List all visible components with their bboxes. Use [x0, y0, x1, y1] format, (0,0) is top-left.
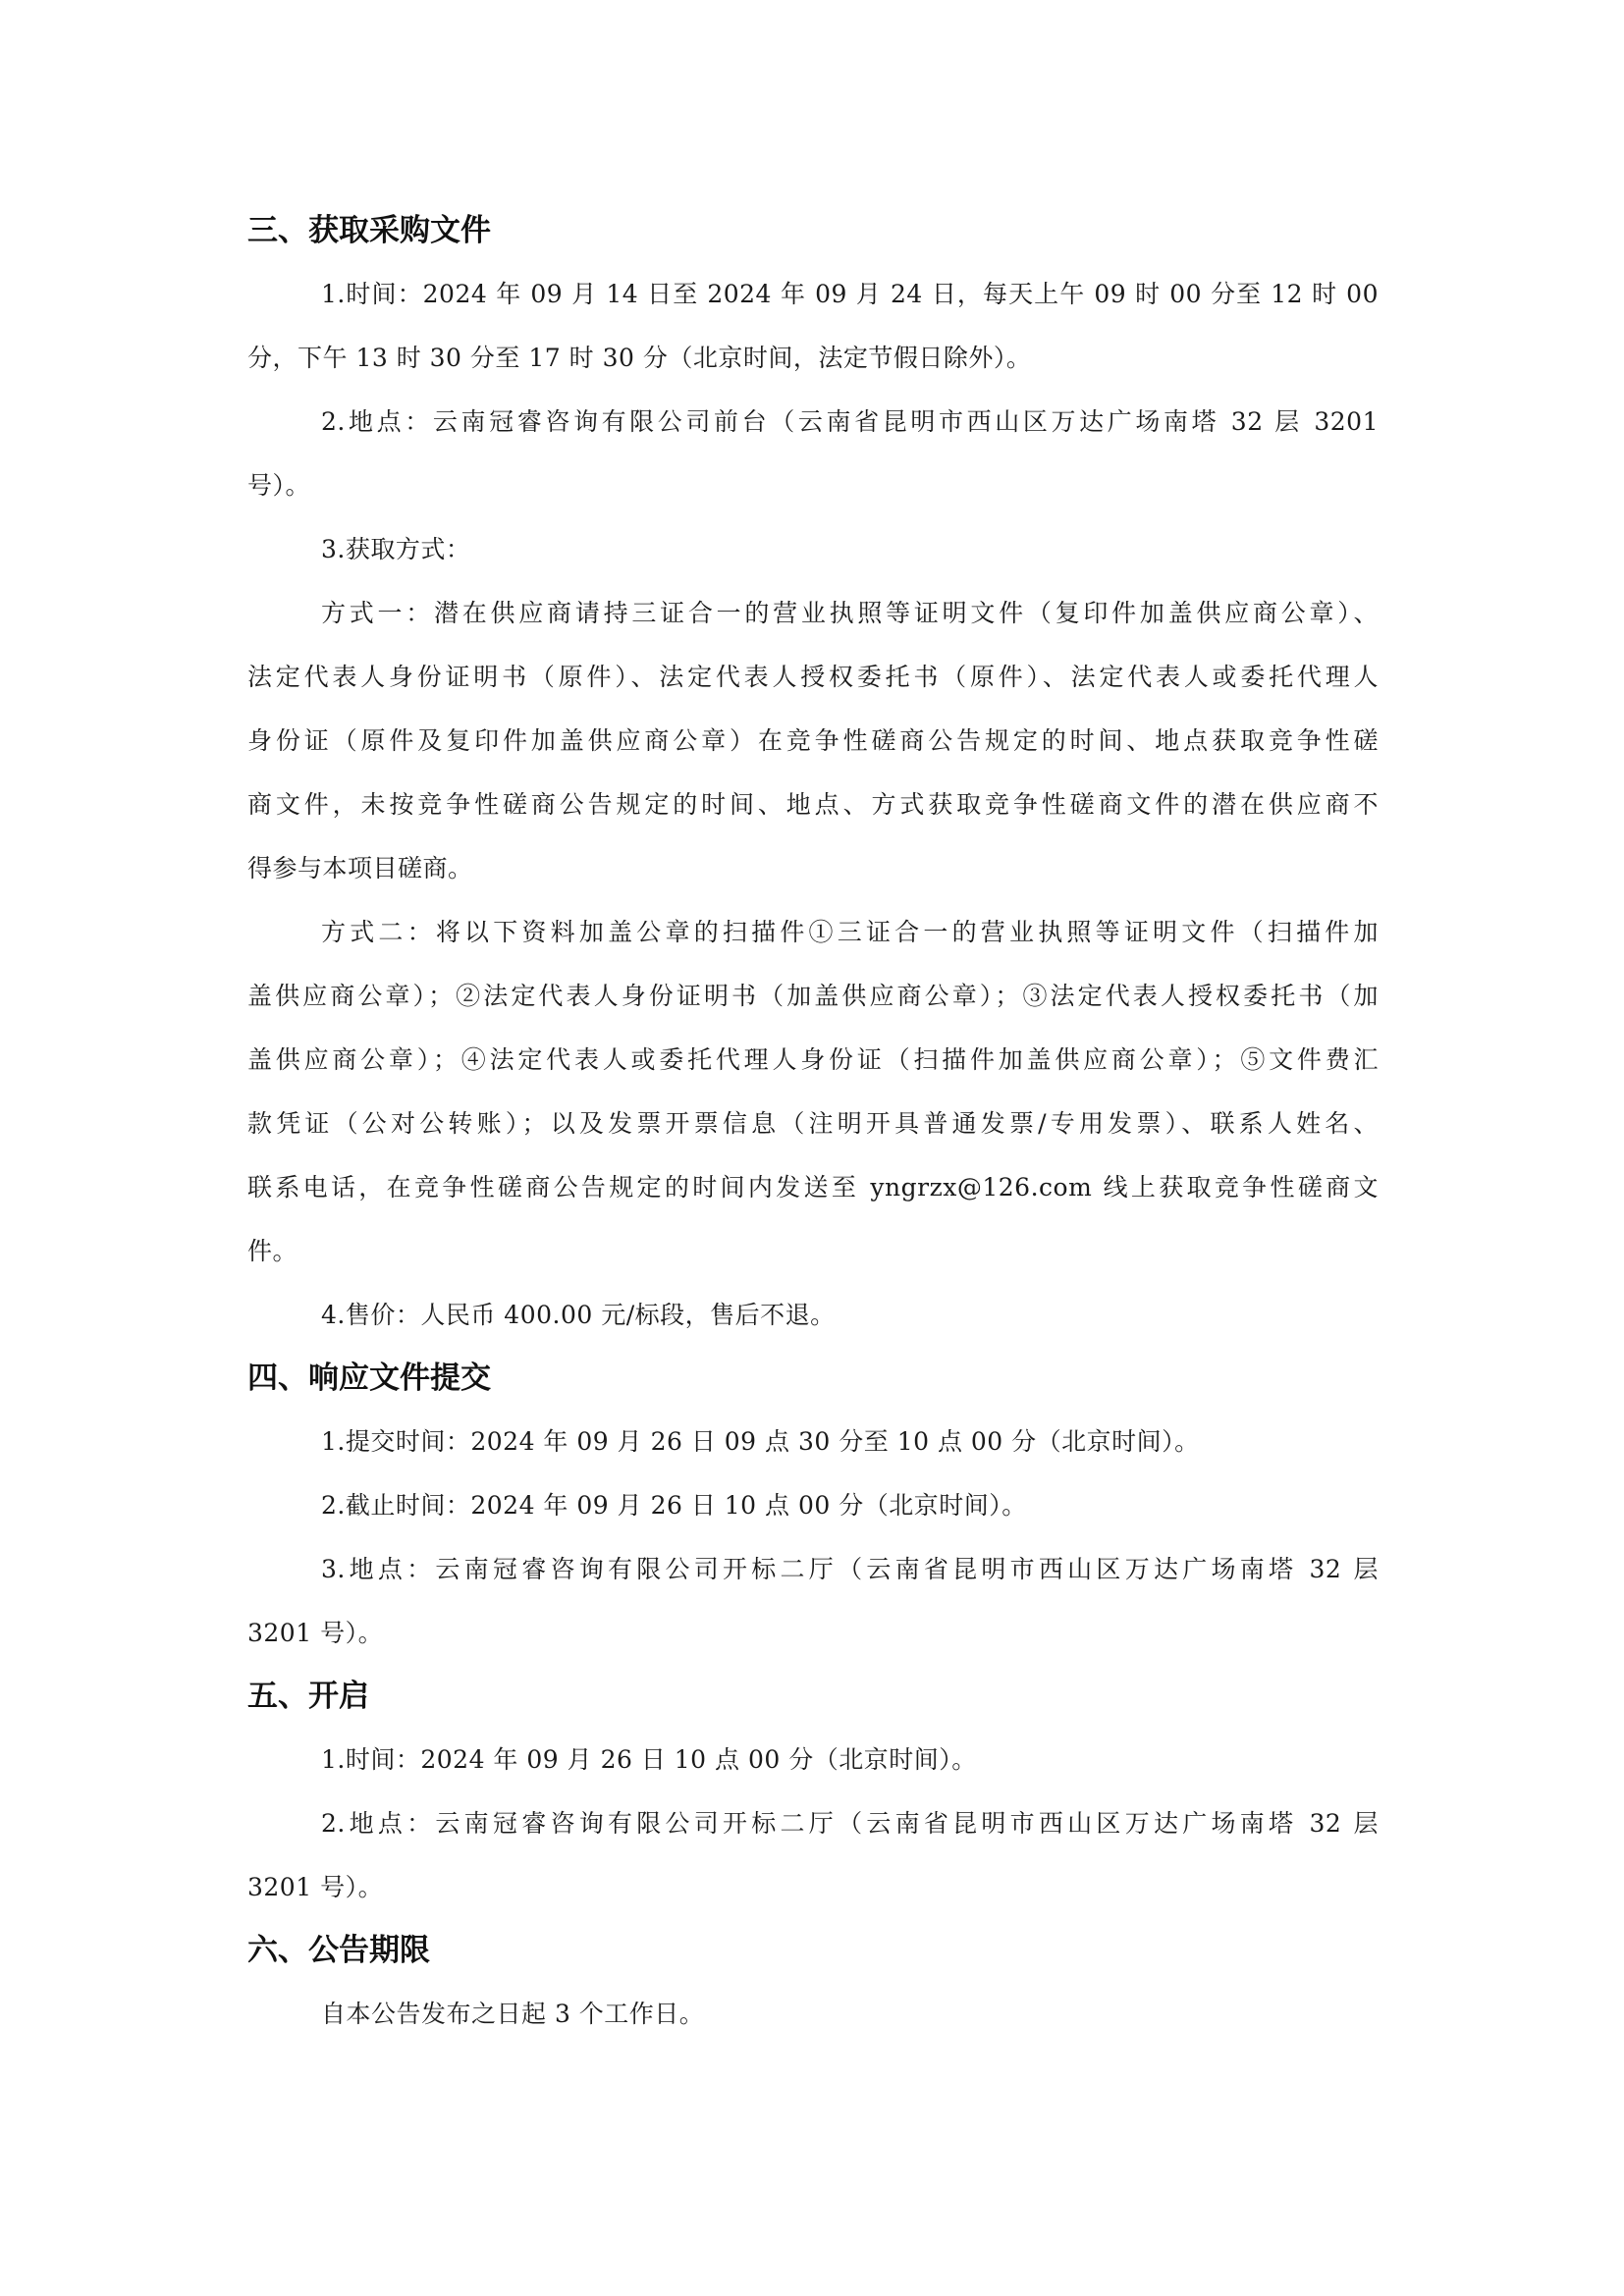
text-line: 2.截止时间：2024 年 09 月 26 日 10 点 00 分（北京时间）。 — [247, 1473, 1379, 1537]
text-line: 1.提交时间：2024 年 09 月 26 日 09 点 30 分至 10 点 … — [247, 1410, 1379, 1473]
text-line: 2.地点：云南冠睿咨询有限公司前台（云南省昆明市西山区万达广场南塔 32 层 3… — [247, 390, 1379, 454]
text-line: 2.地点：云南冠睿咨询有限公司开标二厅（云南省昆明市西山区万达广场南塔 32 层 — [247, 1791, 1379, 1855]
text-line: 款凭证（公对公转账）；以及发票开票信息（注明开具普通发票/专用发票）、联系人姓名… — [247, 1092, 1379, 1155]
paragraph-deadline: 2.截止时间：2024 年 09 月 26 日 10 点 00 分（北京时间）。 — [247, 1473, 1379, 1537]
paragraph-opening-location: 2.地点：云南冠睿咨询有限公司开标二厅（云南省昆明市西山区万达广场南塔 32 层… — [247, 1791, 1379, 1919]
text-line: 法定代表人身份证明书（原件）、法定代表人授权委托书（原件）、法定代表人或委托代理… — [247, 645, 1379, 709]
section-heading: 五、开启 — [247, 1665, 1379, 1728]
paragraph-method-two: 方式二：将以下资料加盖公章的扫描件①三证合一的营业执照等证明文件（扫描件加 盖供… — [247, 900, 1379, 1283]
text-line: 3.获取方式： — [247, 517, 1379, 581]
text-line: 3.地点：云南冠睿咨询有限公司开标二厅（云南省昆明市西山区万达广场南塔 32 层 — [247, 1537, 1379, 1601]
section-obtain-procurement-documents: 三、获取采购文件 1.时间：2024 年 09 月 14 日至 2024 年 0… — [247, 199, 1379, 1347]
text-line: 4.售价：人民币 400.00 元/标段，售后不退。 — [247, 1283, 1379, 1347]
section-opening: 五、开启 1.时间：2024 年 09 月 26 日 10 点 00 分（北京时… — [247, 1665, 1379, 1919]
text-line: 3201 号）。 — [247, 1855, 1379, 1919]
text-line: 3201 号）。 — [247, 1601, 1379, 1665]
paragraph-method-one: 方式一：潜在供应商请持三证合一的营业执照等证明文件（复印件加盖供应商公章）、 法… — [247, 581, 1379, 900]
paragraph-method-title: 3.获取方式： — [247, 517, 1379, 581]
section-announcement-period: 六、公告期限 自本公告发布之日起 3 个工作日。 — [247, 1919, 1379, 2046]
section-response-submission: 四、响应文件提交 1.提交时间：2024 年 09 月 26 日 09 点 30… — [247, 1347, 1379, 1665]
section-heading: 三、获取采购文件 — [247, 199, 1379, 262]
paragraph-opening-time: 1.时间：2024 年 09 月 26 日 10 点 00 分（北京时间）。 — [247, 1728, 1379, 1791]
document-page: 三、获取采购文件 1.时间：2024 年 09 月 14 日至 2024 年 0… — [247, 199, 1379, 2046]
text-line: 方式二：将以下资料加盖公章的扫描件①三证合一的营业执照等证明文件（扫描件加 — [247, 900, 1379, 964]
text-line: 件。 — [247, 1219, 1379, 1283]
section-heading: 四、响应文件提交 — [247, 1347, 1379, 1410]
text-line: 方式一：潜在供应商请持三证合一的营业执照等证明文件（复印件加盖供应商公章）、 — [247, 581, 1379, 645]
text-line: 盖供应商公章）；②法定代表人身份证明书（加盖供应商公章）；③法定代表人授权委托书… — [247, 964, 1379, 1028]
section-heading: 六、公告期限 — [247, 1919, 1379, 1982]
text-line: 自本公告发布之日起 3 个工作日。 — [247, 1982, 1379, 2046]
text-line: 身份证（原件及复印件加盖供应商公章）在竞争性磋商公告规定的时间、地点获取竞争性磋 — [247, 709, 1379, 773]
paragraph-price: 4.售价：人民币 400.00 元/标段，售后不退。 — [247, 1283, 1379, 1347]
text-line-with-email: 联系电话，在竞争性磋商公告规定的时间内发送至 yngrzx@126.com 线上… — [247, 1155, 1379, 1219]
text-line: 商文件，未按竞争性磋商公告规定的时间、地点、方式获取竞争性磋商文件的潜在供应商不 — [247, 773, 1379, 836]
paragraph-location: 2.地点：云南冠睿咨询有限公司前台（云南省昆明市西山区万达广场南塔 32 层 3… — [247, 390, 1379, 517]
text-line: 1.时间：2024 年 09 月 14 日至 2024 年 09 月 24 日，… — [247, 262, 1379, 326]
text-line: 得参与本项目磋商。 — [247, 836, 1379, 900]
text-line: 盖供应商公章）；④法定代表人或委托代理人身份证（扫描件加盖供应商公章）；⑤文件费… — [247, 1028, 1379, 1092]
paragraph-time: 1.时间：2024 年 09 月 14 日至 2024 年 09 月 24 日，… — [247, 262, 1379, 390]
text-line: 号）。 — [247, 454, 1379, 517]
text-line: 分，下午 13 时 30 分至 17 时 30 分（北京时间，法定节假日除外）。 — [247, 326, 1379, 390]
paragraph-submission-location: 3.地点：云南冠睿咨询有限公司开标二厅（云南省昆明市西山区万达广场南塔 32 层… — [247, 1537, 1379, 1665]
text-line: 1.时间：2024 年 09 月 26 日 10 点 00 分（北京时间）。 — [247, 1728, 1379, 1791]
paragraph-period: 自本公告发布之日起 3 个工作日。 — [247, 1982, 1379, 2046]
paragraph-submission-time: 1.提交时间：2024 年 09 月 26 日 09 点 30 分至 10 点 … — [247, 1410, 1379, 1473]
